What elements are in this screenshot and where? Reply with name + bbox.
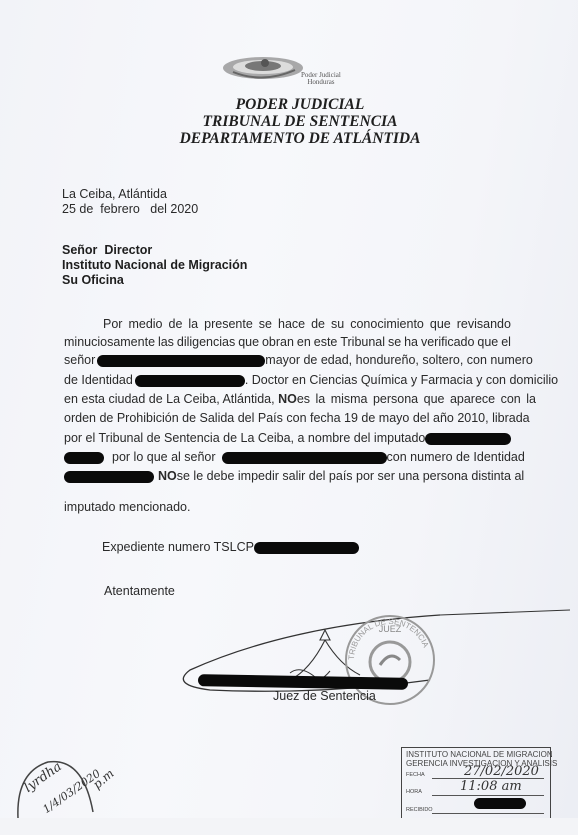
expediente: Expediente numero TSLCP (102, 540, 359, 554)
body-line-6: orden de Prohibición de Salida del País … (64, 411, 511, 425)
document-page: Poder Judicial Honduras PODER JUDICIAL T… (0, 0, 578, 818)
letterhead: PODER JUDICIAL TRIBUNAL DE SENTENCIA DEP… (170, 96, 430, 147)
body-line-9: NO se le debe impedir salir del país por… (64, 469, 511, 483)
redacted-name (97, 355, 265, 367)
body-line-5: en esta ciudad de La Ceiba, Atlántida, N… (64, 392, 511, 406)
body-line-8: por lo que al señor con numero de Identi… (64, 450, 511, 464)
redacted-receiver (474, 798, 526, 809)
signature-title: Juez de Sentencia (273, 689, 376, 703)
received-time: 11:08 am (460, 779, 522, 794)
redacted-id-2 (64, 471, 154, 483)
body-line-4: de Identidad . Doctor en Ciencias Químic… (64, 373, 511, 387)
header-line-1: PODER JUDICIAL (170, 96, 430, 113)
redacted-expediente (254, 542, 359, 554)
logo-text: Poder Judicial Honduras (301, 72, 341, 86)
recipient-line-3: Su Oficina (62, 273, 124, 287)
body-line-2: minuciosamentelasdiligenciasqueobranenes… (64, 335, 511, 349)
redacted-defendant-cont (64, 452, 104, 464)
body-line-3: señor mayor de edad, hondureño, soltero,… (64, 353, 511, 367)
place: La Ceiba, Atlántida (62, 187, 167, 201)
redacted-name-2 (222, 452, 387, 464)
recipient-line-2: Instituto Nacional de Migración (62, 258, 247, 272)
body-line-1: Pormediodelapresentesehacedesuconocimien… (103, 317, 511, 331)
redacted-id (135, 375, 245, 387)
body-line-10: imputado mencionado. (64, 500, 190, 514)
bottom-margin (0, 818, 578, 835)
date: 25 de febrero del 2020 (62, 202, 198, 216)
svg-text:TRIBUNAL DE SENTENCIA: TRIBUNAL DE SENTENCIA (347, 617, 431, 660)
redacted-defendant (425, 433, 511, 445)
recipient-line-1: Señor Director (62, 243, 152, 257)
body-line-7: por el Tribunal de Sentencia de La Ceiba… (64, 431, 511, 445)
closing: Atentamente (104, 584, 175, 598)
received-date: 27/02/2020 (464, 764, 539, 779)
header-line-2: TRIBUNAL DE SENTENCIA (170, 113, 430, 130)
header-line-3: DEPARTAMENTO DE ATLÁNTIDA (170, 130, 430, 147)
receipt-stamp: INSTITUTO NACIONAL DE MIGRACION GERENCIA… (401, 747, 551, 819)
